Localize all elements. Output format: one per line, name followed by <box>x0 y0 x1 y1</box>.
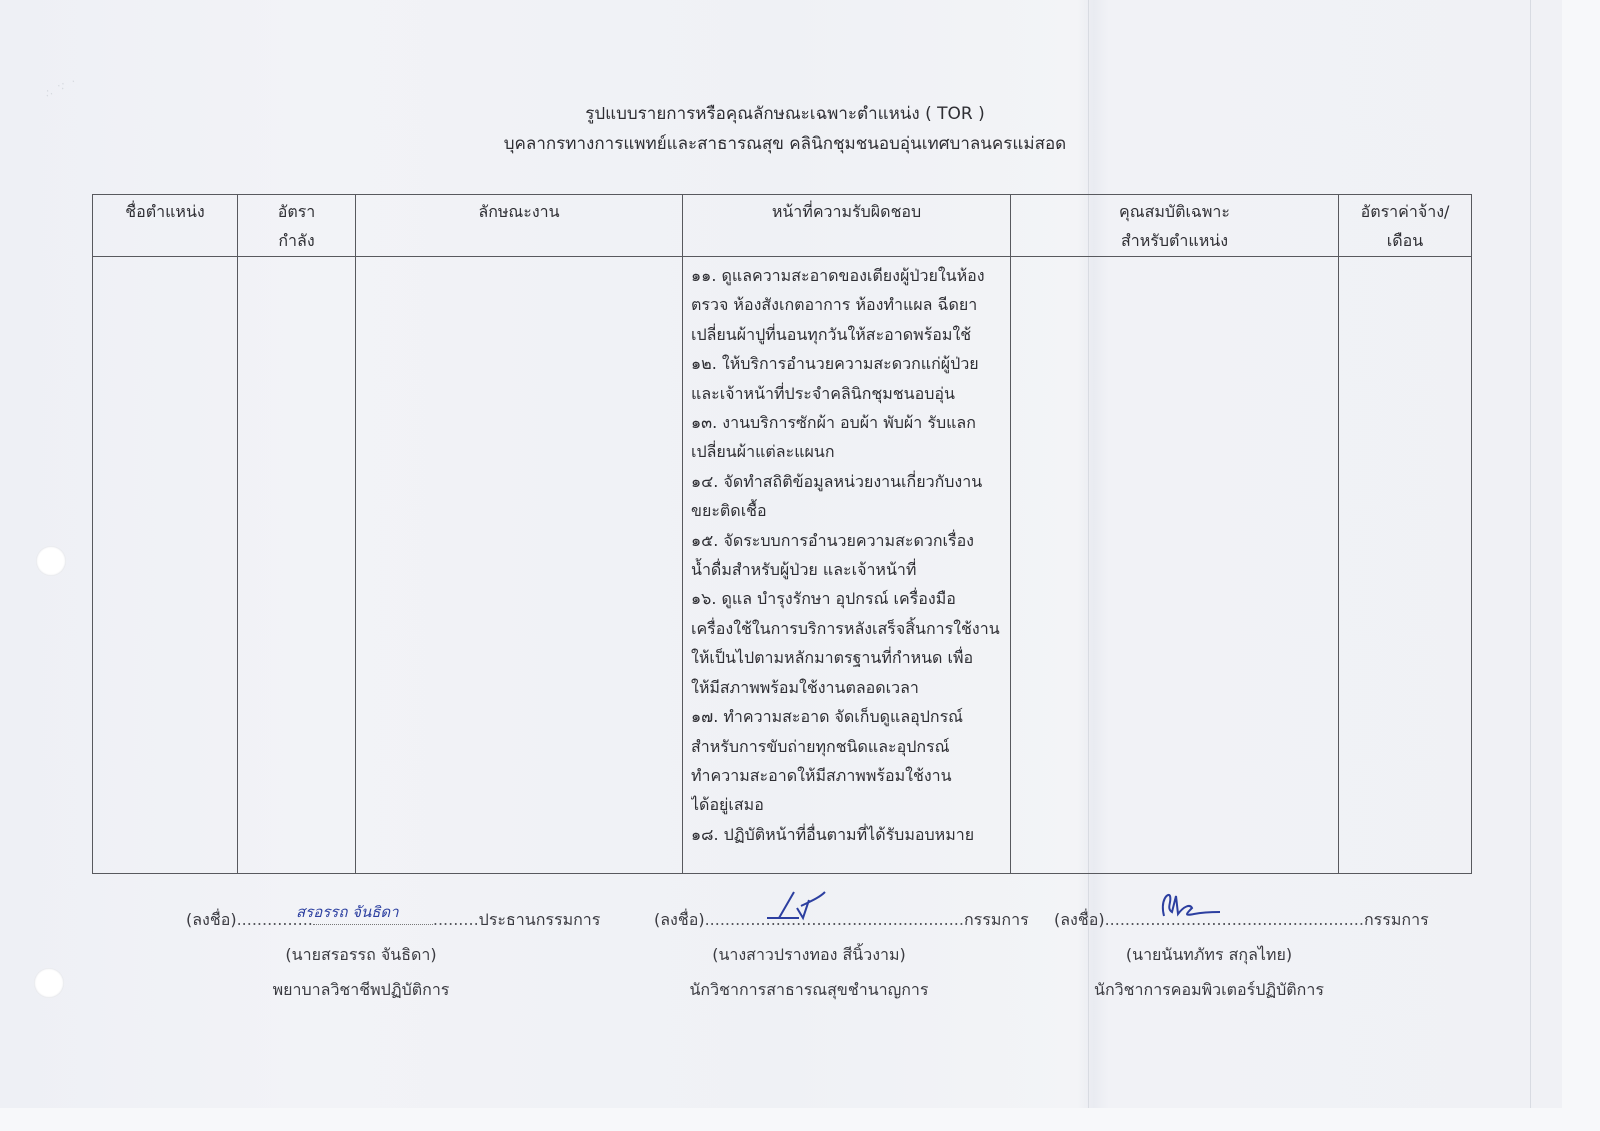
duty-line: เครื่องใช้ในการบริการหลังเสร็จสิ้นการใช้… <box>691 614 1002 643</box>
signature-line: (ลงชื่อ)................................… <box>654 908 984 933</box>
paper-fold-line <box>1530 0 1531 1108</box>
signer-position: นักวิชาการคอมพิวเตอร์ปฏิบัติการ <box>1034 978 1384 1003</box>
header-rate: อัตรา กำลัง <box>238 195 356 257</box>
duty-line: ๑๑. ดูแลความสะอาดของเตียงผู้ป่วยในห้อง <box>691 261 1002 290</box>
signer-position: นักวิชาการสาธารณสุขชำนาญการ <box>634 978 984 1003</box>
cell-rate <box>238 257 356 874</box>
signature-line: (ลงชื่อ)................................… <box>1054 908 1384 933</box>
duty-line: ๑๗. ทำความสะอาด จัดเก็บดูแลอุปกรณ์ <box>691 702 1002 731</box>
signature-block-committee-2: (ลงชื่อ)................................… <box>1054 908 1384 1003</box>
duty-line: ๑๓. งานบริการซักผ้า อบผ้า พับผ้า รับแลก <box>691 408 1002 437</box>
tor-table: ชื่อตำแหน่ง อัตรา กำลัง ลักษณะงาน หน้าที… <box>92 194 1472 874</box>
signer-name: (นายนันทภัทร สกุลไทย) <box>1034 943 1384 968</box>
punch-hole-icon <box>36 546 66 576</box>
duty-line: ทำความสะอาดให้มีสภาพพร้อมใช้งาน <box>691 761 1002 790</box>
punch-hole-icon <box>34 968 64 998</box>
handwritten-signature: สรอรรถ จันธิดา <box>296 900 399 924</box>
signature-block-chairman: (ลงชื่อ)........................ประธานกร… <box>186 908 566 1003</box>
header-wage: อัตราค่าจ้าง/ เดือน <box>1339 195 1472 257</box>
handwritten-signature-icon <box>759 886 829 926</box>
duty-line: ให้มีสภาพพร้อมใช้งานตลอดเวลา <box>691 673 1002 702</box>
duty-line: เปลี่ยนผ้าปูที่นอนทุกวันให้สะอาดพร้อมใช้ <box>691 320 1002 349</box>
signer-position: พยาบาลวิชาชีพปฏิบัติการ <box>156 978 566 1003</box>
duty-line: สำหรับการขับถ่ายทุกชนิดและอุปกรณ์ <box>691 732 1002 761</box>
cell-wage <box>1339 257 1472 874</box>
header-duties: หน้าที่ความรับผิดชอบ <box>683 195 1011 257</box>
cell-job-description <box>356 257 683 874</box>
duty-line: เปลี่ยนผ้าแต่ละแผนก <box>691 437 1002 466</box>
duty-line: ๑๔. จัดทำสถิติข้อมูลหน่วยงานเกี่ยวกับงาน <box>691 467 1002 496</box>
duty-line: ๑๖. ดูแล บำรุงรักษา อุปกรณ์ เครื่องมือ <box>691 584 1002 613</box>
document-title: รูปแบบรายการหรือคุณลักษณะเฉพาะตำแหน่ง ( … <box>0 100 1570 127</box>
header-position-name: ชื่อตำแหน่ง <box>93 195 238 257</box>
duty-line: น้ำดื่มสำหรับผู้ป่วย และเจ้าหน้าที่ <box>691 555 1002 584</box>
cell-duties: ๑๑. ดูแลความสะอาดของเตียงผู้ป่วยในห้องตร… <box>683 257 1011 874</box>
duty-line: ได้อยู่เสมอ <box>691 790 1002 819</box>
duty-line: ๑๒. ให้บริการอำนวยความสะดวกแก่ผู้ป่วย <box>691 349 1002 378</box>
table-header-row: ชื่อตำแหน่ง อัตรา กำลัง ลักษณะงาน หน้าที… <box>93 195 1472 257</box>
header-qualifications: คุณสมบัติเฉพาะ สำหรับตำแหน่ง <box>1011 195 1339 257</box>
signature-block-committee-1: (ลงชื่อ)................................… <box>654 908 984 1003</box>
document-subtitle: บุคลากรทางการแพทย์และสาธารณสุข คลินิกชุม… <box>0 130 1570 157</box>
cell-position-name <box>93 257 238 874</box>
duty-line: ตรวจ ห้องสังเกตอาการ ห้องทำแผล ฉีดยา <box>691 290 1002 319</box>
handwritten-signature-icon <box>1154 886 1224 924</box>
duty-line: ขยะติดเชื้อ <box>691 496 1002 525</box>
table-row: ๑๑. ดูแลความสะอาดของเตียงผู้ป่วยในห้องตร… <box>93 257 1472 874</box>
duty-line: ให้เป็นไปตามหลักมาตรฐานที่กำหนด เพื่อ <box>691 643 1002 672</box>
cell-qualifications <box>1011 257 1339 874</box>
duty-line: ๑๘. ปฏิบัติหน้าที่อื่นตามที่ได้รับมอบหมา… <box>691 820 1002 849</box>
header-job-description: ลักษณะงาน <box>356 195 683 257</box>
signer-name: (นางสาวปรางทอง สีนิ้วงาม) <box>634 943 984 968</box>
duty-line: ๑๕. จัดระบบการอำนวยความสะดวกเรื่อง <box>691 526 1002 555</box>
signer-name: (นายสรอรรถ จันธิดา) <box>156 943 566 968</box>
duty-line: และเจ้าหน้าที่ประจำคลินิกชุมชนอบอุ่น <box>691 379 1002 408</box>
signature-line: (ลงชื่อ)........................ประธานกร… <box>186 908 566 933</box>
